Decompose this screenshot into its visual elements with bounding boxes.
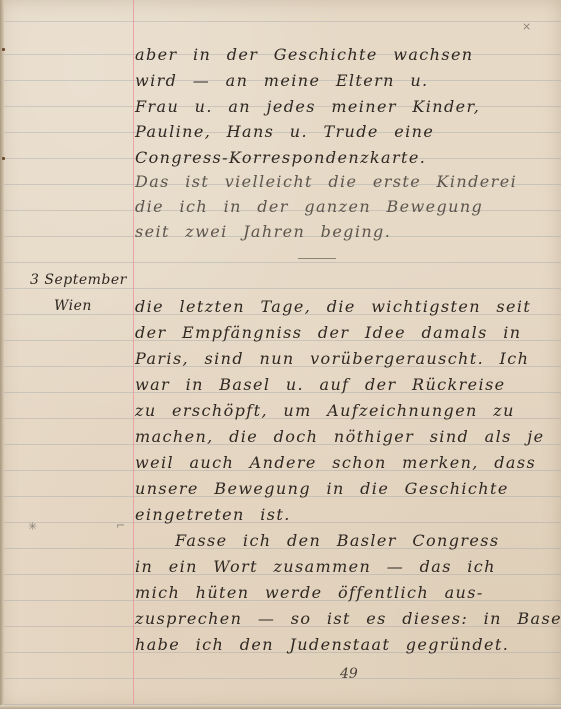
text-line: die letzten Tage, die wichtigsten seit xyxy=(135,297,531,317)
stray-pencil-mark: ⌐ xyxy=(116,519,125,532)
stray-pencil-mark: ✳ xyxy=(28,520,37,533)
text-line: weil auch Andere schon merken, dass xyxy=(135,453,536,473)
text-line: eingetreten ist. xyxy=(135,505,291,525)
stray-pencil-mark: × xyxy=(522,20,531,33)
text-line: wird — an meine Eltern u. xyxy=(135,71,429,91)
text-line: Congress-Korrespondenzkarte. xyxy=(135,148,426,168)
page-number: 49 xyxy=(340,666,358,682)
text-line: der Empfängniss der Idee damals in xyxy=(135,323,521,343)
text-line: machen, die doch nöthiger sind als je xyxy=(135,427,544,447)
text-line: Frau u. an jedes meiner Kinder, xyxy=(135,97,480,117)
text-line: die ich in der ganzen Bewegung xyxy=(135,197,483,217)
entry-date: 3 September xyxy=(30,272,127,288)
text-line: Pauline, Hans u. Trude eine xyxy=(135,122,434,142)
text-line: aber in der Geschichte wachsen xyxy=(135,45,474,65)
text-line: Das ist vielleicht die erste Kinderei xyxy=(135,172,517,192)
text-line: unsere Bewegung in die Geschichte xyxy=(135,479,509,499)
handwritten-content: aber in der Geschichte wachsen wird — an… xyxy=(0,0,561,709)
entry-separator xyxy=(298,258,336,259)
text-line: zusprechen — so ist es dieses: in Basel xyxy=(135,609,561,629)
text-line: mich hüten werde öffentlich aus- xyxy=(135,583,484,603)
text-line: Fasse ich den Basler Congress xyxy=(175,531,500,551)
text-line: zu erschöpft, um Aufzeichnungen zu xyxy=(135,401,515,421)
diary-page: aber in der Geschichte wachsen wird — an… xyxy=(0,0,561,709)
text-line: in ein Wort zusammen — das ich xyxy=(135,557,496,577)
entry-place: Wien xyxy=(54,298,92,314)
text-line: seit zwei Jahren beging. xyxy=(135,222,391,242)
text-line: habe ich den Judenstaat gegründet. xyxy=(135,635,509,655)
text-line: war in Basel u. auf der Rückreise xyxy=(135,375,506,395)
text-line: Paris, sind nun vorübergerauscht. Ich xyxy=(135,349,529,369)
